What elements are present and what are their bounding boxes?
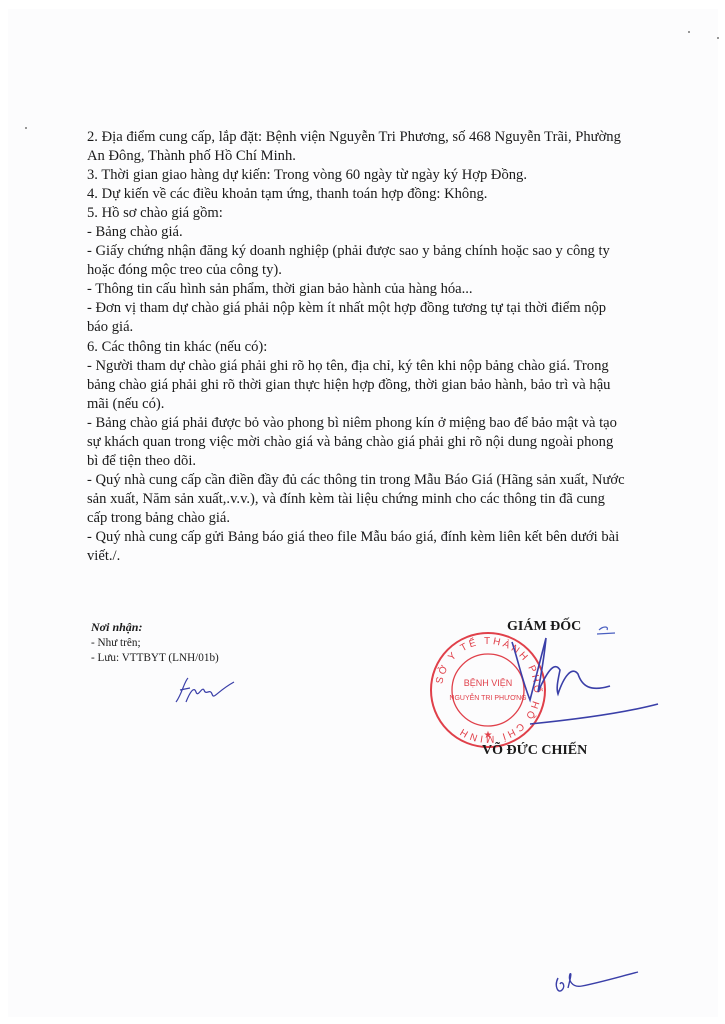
body-line: - Thông tin cấu hình sản phẩm, thời gian…: [87, 280, 697, 299]
scan-speck: [717, 37, 719, 39]
body-line: sản xuất, Năm sản xuất,.v.v.), và đính k…: [87, 490, 697, 509]
recipient-item: - Lưu: VTTBYT (LNH/01b): [91, 651, 219, 667]
svg-text:★: ★: [484, 730, 493, 741]
body-line: báo giá.: [87, 318, 697, 337]
body-line: viết./.: [87, 547, 697, 566]
body-line: 3. Thời gian giao hàng dự kiến: Trong vò…: [87, 166, 697, 185]
body-line: cấp trong bảng chào giá.: [87, 509, 697, 528]
body-line: bảng chào giá phải ghi rõ thời gian thực…: [87, 376, 697, 395]
page-initial-signature-icon: [548, 960, 640, 1000]
body-line: - Đơn vị tham dự chào giá phải nộp kèm í…: [87, 299, 697, 318]
recipient-item: - Như trên;: [91, 636, 219, 652]
body-line: bì để tiện theo dõi.: [87, 452, 697, 471]
body-line: 5. Hồ sơ chào giá gồm:: [87, 204, 697, 223]
body-line: 4. Dự kiến về các điều khoản tạm ứng, th…: [87, 185, 697, 204]
initial-signature-icon: [168, 672, 238, 712]
body-line: - Giấy chứng nhận đăng ký doanh nghiệp (…: [87, 242, 697, 261]
document-body: 2. Địa điểm cung cấp, lắp đặt: Bệnh viện…: [87, 128, 697, 566]
signatory-name: VÕ ĐỨC CHIẾN: [482, 743, 587, 759]
body-line: An Đông, Thành phố Hồ Chí Minh.: [87, 147, 697, 166]
body-line: 6. Các thông tin khác (nếu có):: [87, 338, 697, 357]
body-line: 2. Địa điểm cung cấp, lắp đặt: Bệnh viện…: [87, 128, 697, 147]
body-line: - Quý nhà cung cấp gửi Bảng báo giá theo…: [87, 528, 697, 547]
scan-speck: [688, 31, 690, 33]
scan-speck: [25, 127, 27, 129]
body-line: - Bảng chào giá.: [87, 223, 697, 242]
body-line: mãi (nếu có).: [87, 395, 697, 414]
body-line: - Bảng chào giá phải được bỏ vào phong b…: [87, 414, 697, 433]
recipients-title: Nơi nhận:: [91, 620, 219, 636]
body-line: sự khách quan trong việc mời chào giá và…: [87, 433, 697, 452]
body-line: - Quý nhà cung cấp cần điền đầy đủ các t…: [87, 471, 697, 490]
recipients-block: Nơi nhận: - Như trên; - Lưu: VTTBYT (LNH…: [91, 620, 219, 667]
body-line: - Người tham dự chào giá phải ghi rõ họ …: [87, 357, 697, 376]
body-line: hoặc đóng mộc treo của công ty).: [87, 261, 697, 280]
director-signature-icon: [500, 630, 660, 740]
